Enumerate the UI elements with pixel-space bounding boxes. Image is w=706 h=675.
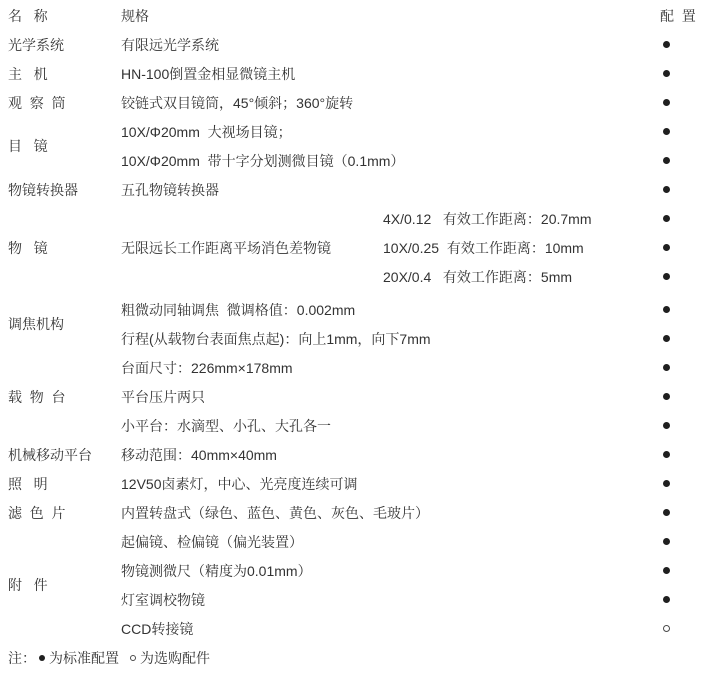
column-header-spec: 规格 bbox=[121, 1, 653, 30]
standard-config-dot-icon bbox=[663, 215, 670, 222]
row-label: 物 镜 bbox=[8, 238, 121, 258]
config-cell bbox=[653, 614, 706, 643]
standard-config-dot-icon bbox=[663, 128, 670, 135]
config-cell bbox=[653, 469, 706, 498]
column-header-config: 配 置 bbox=[653, 1, 706, 30]
standard-config-dot-icon bbox=[663, 273, 670, 280]
spec-text: 物镜测微尺（精度为0.01mm） bbox=[121, 556, 653, 585]
spec-table-body: 光学系统有限远光学系统主 机HN-100倒置金相显微镜主机观 察 筒铰链式双目镜… bbox=[8, 30, 706, 643]
standard-config-dot-icon bbox=[663, 567, 670, 574]
config-cell bbox=[653, 556, 706, 585]
config-cell bbox=[653, 262, 706, 291]
spec-text: HN-100倒置金相显微镜主机 bbox=[121, 59, 653, 88]
spec-text: 铰链式双目镜筒，45°倾斜；360°旋转 bbox=[121, 88, 653, 117]
standard-config-dot-icon bbox=[663, 335, 670, 342]
config-cell bbox=[653, 30, 706, 59]
config-cell bbox=[653, 382, 706, 411]
config-cell bbox=[653, 295, 706, 324]
standard-config-dot-icon bbox=[663, 306, 670, 313]
spec-sheet: 名 称 规格 配 置 光学系统有限远光学系统主 机HN-100倒置金相显微镜主机… bbox=[0, 0, 706, 672]
spec-group: 附 件物镜测微尺（精度为0.01mm）灯室调校物镜CCD转接镜 bbox=[8, 556, 706, 643]
row-label: 滤 色 片 bbox=[8, 503, 121, 523]
optional-config-circle-icon bbox=[663, 625, 670, 632]
config-cell bbox=[653, 324, 706, 353]
standard-config-dot-icon bbox=[663, 244, 670, 251]
standard-config-label: 为标准配置 bbox=[49, 648, 119, 668]
row-label: 调焦机构 bbox=[8, 314, 121, 334]
spec-mid-text: 无限远长工作距离平场消色差物镜 bbox=[121, 238, 383, 258]
config-cell bbox=[653, 175, 706, 204]
spec-text: 起偏镜、检偏镜（偏光装置） bbox=[121, 527, 653, 556]
spec-text: 10X/Φ20mm 大视场目镜； bbox=[121, 117, 653, 146]
spec-group: 机械移动平台移动范围：40mm×40mm bbox=[8, 440, 706, 469]
row-label: 照 明 bbox=[8, 474, 121, 494]
spec-group: 目 镜10X/Φ20mm 大视场目镜；10X/Φ20mm 带十字分划测微目镜（0… bbox=[8, 117, 706, 175]
standard-config-dot-icon bbox=[663, 186, 670, 193]
spec-group: 物 镜无限远长工作距离平场消色差物镜4X/0.12 有效工作距离：20.7mm1… bbox=[8, 204, 706, 291]
spec-group: 物镜转换器五孔物镜转换器 bbox=[8, 175, 706, 204]
row-label: 观 察 筒 bbox=[8, 93, 121, 113]
legend-note: 注：为标准配置为选购配件 bbox=[8, 643, 706, 672]
spec-text: 4X/0.12 有效工作距离：20.7mm bbox=[383, 204, 653, 233]
spec-text: 行程(从载物台表面焦点起)：向上1mm，向下7mm bbox=[121, 324, 653, 353]
standard-config-dot-icon bbox=[663, 41, 670, 48]
spec-group: 观 察 筒铰链式双目镜筒，45°倾斜；360°旋转 bbox=[8, 88, 706, 117]
spec-text: 10X/0.25 有效工作距离：10mm bbox=[383, 233, 653, 262]
optional-config-label: 为选购配件 bbox=[140, 648, 210, 668]
spec-group: 载 物 台台面尺寸：226mm×178mm平台压片两只小平台：水滴型、小孔、大孔… bbox=[8, 353, 706, 440]
config-cell bbox=[653, 204, 706, 233]
spec-group: 调焦机构粗微动同轴调焦 微调格值：0.002mm行程(从载物台表面焦点起)：向上… bbox=[8, 295, 706, 353]
spec-group: 光学系统有限远光学系统 bbox=[8, 30, 706, 59]
note-prefix: 注： bbox=[8, 648, 36, 668]
row-label: 主 机 bbox=[8, 64, 121, 84]
config-cell bbox=[653, 411, 706, 440]
config-cell bbox=[653, 440, 706, 469]
spec-text: 20X/0.4 有效工作距离：5mm bbox=[383, 262, 653, 291]
spec-text: 10X/Φ20mm 带十字分划测微目镜（0.1mm） bbox=[121, 146, 653, 175]
config-cell bbox=[653, 527, 706, 556]
standard-config-dot-icon bbox=[663, 99, 670, 106]
standard-config-dot-icon bbox=[663, 393, 670, 400]
spec-text: 台面尺寸：226mm×178mm bbox=[121, 353, 653, 382]
standard-config-dot-icon bbox=[663, 70, 670, 77]
row-label: 机械移动平台 bbox=[8, 445, 121, 465]
table-header: 名 称 规格 配 置 bbox=[8, 1, 706, 30]
config-cell bbox=[653, 353, 706, 382]
row-label: 物镜转换器 bbox=[8, 180, 121, 200]
config-cell bbox=[653, 88, 706, 117]
row-label: 目 镜 bbox=[8, 136, 121, 156]
spec-group: 照 明12V50卤素灯，中心、光亮度连续可调 bbox=[8, 469, 706, 498]
spec-text: 小平台：水滴型、小孔、大孔各一 bbox=[121, 411, 653, 440]
standard-config-dot-icon bbox=[663, 538, 670, 545]
standard-config-dot-icon bbox=[663, 509, 670, 516]
standard-config-dot-icon bbox=[663, 451, 670, 458]
row-label: 光学系统 bbox=[8, 35, 121, 55]
spec-text: 平台压片两只 bbox=[121, 382, 653, 411]
spec-text: 粗微动同轴调焦 微调格值：0.002mm bbox=[121, 295, 653, 324]
row-label: 附 件 bbox=[8, 575, 121, 595]
spec-text: 灯室调校物镜 bbox=[121, 585, 653, 614]
standard-config-dot-icon bbox=[663, 480, 670, 487]
config-cell bbox=[653, 59, 706, 88]
standard-config-dot-icon bbox=[663, 596, 670, 603]
column-header-name: 名 称 bbox=[8, 6, 121, 26]
spec-text: 移动范围：40mm×40mm bbox=[121, 440, 653, 469]
standard-config-dot-icon bbox=[663, 422, 670, 429]
config-cell bbox=[653, 146, 706, 175]
spec-text: 内置转盘式（绿色、蓝色、黄色、灰色、毛玻片） bbox=[121, 498, 653, 527]
standard-config-dot-icon bbox=[39, 655, 45, 661]
spec-text: 12V50卤素灯，中心、光亮度连续可调 bbox=[121, 469, 653, 498]
config-cell bbox=[653, 498, 706, 527]
spec-group: 主 机HN-100倒置金相显微镜主机 bbox=[8, 59, 706, 88]
spec-text: 五孔物镜转换器 bbox=[121, 175, 653, 204]
config-cell bbox=[653, 117, 706, 146]
spec-text: CCD转接镜 bbox=[121, 614, 653, 643]
standard-config-dot-icon bbox=[663, 364, 670, 371]
standard-config-dot-icon bbox=[663, 157, 670, 164]
config-cell bbox=[653, 233, 706, 262]
row-label: 载 物 台 bbox=[8, 387, 121, 407]
spec-text: 有限远光学系统 bbox=[121, 30, 653, 59]
optional-config-circle-icon bbox=[130, 655, 136, 661]
spec-group: 滤 色 片内置转盘式（绿色、蓝色、黄色、灰色、毛玻片）起偏镜、检偏镜（偏光装置） bbox=[8, 498, 706, 556]
config-cell bbox=[653, 585, 706, 614]
